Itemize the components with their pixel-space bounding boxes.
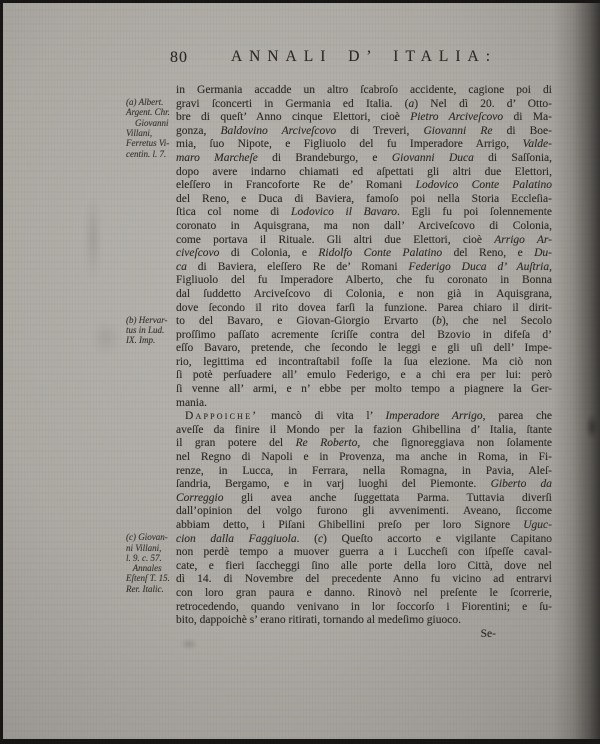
- roman-text: bre di queſt’ Anno cinque Elettori, cioè: [176, 111, 410, 123]
- roman-text: del Reno, e Duca di Baviera, famoſo poi …: [176, 193, 552, 205]
- body-line: gonza, Baldovino Arciveſcovo di Treveri,…: [176, 125, 552, 139]
- body-line: abbiam detto, i Piſani Ghibellini preſo …: [176, 519, 552, 533]
- italic-text: Lodovico Conte Palatino: [416, 179, 552, 191]
- body-line: il gran potere del Re Roberto, che ſigno…: [176, 437, 552, 451]
- italic-text: Pietro Arciveſcovo: [410, 111, 503, 123]
- roman-text: dopo avere indarno chiamati ed aſpettati…: [176, 166, 552, 178]
- body-line: nel Regno di Napoli e in Provenza, ma an…: [176, 451, 552, 465]
- binding-notch: [586, 415, 598, 439]
- roman-text: ), che nel Secolo: [442, 315, 552, 327]
- italic-text: Federigo Duca d’ Auſtria: [409, 261, 550, 273]
- body-line: non perdè tempo a muover guerra a i Lucc…: [176, 546, 552, 560]
- italic-text: Imperadore Arrigo: [385, 410, 482, 422]
- roman-text: di Saſſonia,: [474, 152, 552, 164]
- margin-note-line: (a) Albert.: [126, 97, 178, 107]
- roman-text: rio, legittima ed incontraſtabil foſſe l…: [176, 356, 552, 368]
- italic-text: Giovanni Re: [423, 125, 492, 137]
- roman-text: dove ſecondo il rito dovea farſi la funz…: [176, 302, 552, 314]
- margin-note-line: IX. Imp.: [126, 335, 178, 345]
- roman-text: con loro gran paura e danno. Rinovò nel …: [176, 587, 552, 599]
- body-line: renze, in Lucca, in Ferrara, nella Romag…: [176, 465, 552, 479]
- margin-note-line: Giovanni: [126, 118, 178, 128]
- body-line: maro Marcheſe di Brandeburgo, e Giovanni…: [176, 152, 552, 166]
- body-line: retrocedendo, quando venivano in lor ſoc…: [176, 601, 552, 615]
- italic-text: Uguc-: [523, 519, 552, 531]
- roman-text: retrocedendo, quando venivano in lor ſoc…: [176, 601, 552, 613]
- roman-text: nel Regno di Napoli e in Provenza, ma an…: [176, 451, 552, 463]
- body-line: cion dalla Faggiuola. (c) Queſto accorto…: [176, 533, 552, 547]
- body-line: ſandria, Bergamo, e in varj luoghi del P…: [176, 478, 552, 492]
- italic-text: Ridolfo Conte Palatino: [318, 247, 442, 259]
- paper-stain: [91, 321, 121, 355]
- body-line: mania.: [176, 397, 552, 411]
- roman-text: Figliuolo del fu Imperadore Alberto, che…: [176, 274, 552, 286]
- page-header: 80 ANNALI D’ ITALIA:: [176, 48, 552, 70]
- margin-note-line: (b) Hervar-: [126, 315, 178, 325]
- roman-text: ſtica col nome di: [176, 206, 291, 218]
- roman-text: ) Queſto accorto e vigilante Capitano: [323, 533, 552, 545]
- margin-note-line: ni Villani,: [126, 543, 178, 553]
- body-line: dal ſuddetto Arciveſcovo di Colonia, e n…: [176, 288, 552, 302]
- body-line: to del Bavaro, e Giovan-Giorgio Ervarto …: [176, 315, 552, 329]
- margin-note-line: Argent. Chr.: [126, 107, 178, 117]
- scanned-page: 80 ANNALI D’ ITALIA: (a) Albert.Argent. …: [3, 3, 600, 739]
- body-line: in Germania accadde un altro ſcabroſo ac…: [176, 84, 552, 98]
- italic-text: Lodovico il Bavaro: [291, 206, 397, 218]
- italic-text: Giberto da: [491, 478, 552, 490]
- roman-text: ſandria, Bergamo, e in varj luoghi del P…: [176, 478, 491, 490]
- roman-text: in Germania accadde un altro ſcabroſo ac…: [176, 84, 552, 96]
- roman-text: . (: [297, 533, 318, 545]
- italic-text: maro Marcheſe: [176, 152, 258, 164]
- body-line: dopo avere indarno chiamati ed aſpettati…: [176, 166, 552, 180]
- roman-text: di Boe-: [492, 125, 552, 137]
- roman-text: dal ſuddetto Arciveſcovo di Colonia, e n…: [176, 288, 552, 300]
- margin-note-line: Villani,: [126, 128, 178, 138]
- roman-text: dì 14. di Novembre del precedente Anno f…: [176, 573, 552, 585]
- roman-text: . Egli fu poi ſolennemente: [397, 206, 552, 218]
- margin-note-line: centin. l. 7.: [126, 149, 178, 159]
- roman-text: aveſſe da finire il Mondo per la fazion …: [176, 424, 552, 436]
- roman-text: eſſo Bavaro, pretende, che ſecondo le le…: [176, 342, 552, 354]
- roman-text: abbiam detto, i Piſani Ghibellini preſo …: [176, 519, 523, 531]
- roman-text: del Reno, e: [442, 247, 534, 259]
- italic-text: Giovanni Duca: [392, 152, 474, 164]
- margin-note-line: (c) Giovan-: [126, 532, 178, 542]
- body-line: Dappoiche’ mancò di vita l’ Imperadore A…: [176, 410, 552, 424]
- roman-text: cate, e fieri ſaccheggi ſino alle porte …: [176, 560, 552, 572]
- book-page-photo: { "page": { "number": "80", "running_tit…: [0, 0, 600, 744]
- italic-text: cion dalla Faggiuola: [176, 533, 297, 545]
- roman-text: ſi potè perſuadere all’ emulo Federigo, …: [176, 369, 552, 381]
- roman-text: mania.: [176, 397, 207, 409]
- running-title: ANNALI D’ ITALIA:: [176, 48, 552, 66]
- margin-notes-column: (a) Albert.Argent. Chr. GiovanniVillani,…: [126, 84, 176, 684]
- body-line: aveſſe da finire il Mondo per la fazion …: [176, 424, 552, 438]
- body-line: civeſcovo di Colonia, e Ridolfo Conte Pa…: [176, 247, 552, 261]
- body-line: ca di Baviera, eleſſero Re de’ Romani Fe…: [176, 261, 552, 275]
- body-line: ſi venne all’ armi, e n’ ebbe per molto …: [176, 383, 552, 397]
- roman-text: di Brandeburgo, e: [258, 152, 392, 164]
- margin-note-line: tus in Lud.: [126, 325, 178, 335]
- body-line: bre di queſt’ Anno cinque Elettori, cioè…: [176, 111, 552, 125]
- roman-text: eleſſero in Francoforte Re de’ Romani: [176, 179, 416, 191]
- body-line: Figliuolo del fu Imperadore Alberto, che…: [176, 274, 552, 288]
- body-line: con loro gran paura e danno. Rinovò nel …: [176, 587, 552, 601]
- roman-text: renze, in Lucca, in Ferrara, nella Romag…: [176, 465, 552, 477]
- body-line: coronato in Aquisgrana, ma non dall’ Arc…: [176, 220, 552, 234]
- italic-text: Du-: [534, 247, 552, 259]
- body-line: proſſimo paſſato acremente ſcriſſe contr…: [176, 329, 552, 343]
- margin-note-line: Eſtenſ T. 15.: [126, 573, 178, 583]
- roman-text: non perdè tempo a muover guerra a i Lucc…: [176, 546, 552, 558]
- italic-text: Valde-: [523, 138, 552, 150]
- body-line: eſſo Bavaro, pretende, che ſecondo le le…: [176, 342, 552, 356]
- roman-text: il gran potere del: [176, 437, 296, 449]
- smallcaps-text: Dappoiche’: [185, 410, 258, 422]
- italic-text: Baldovino Arciveſcovo: [220, 125, 336, 137]
- body-line: dì 14. di Novembre del precedente Anno f…: [176, 573, 552, 587]
- margin-note-line: Ferretus Vi-: [126, 138, 178, 148]
- roman-text: dall’opinion del volgo furono gli avveni…: [176, 505, 552, 517]
- body-line: gravi ſconcerti in Germania ed Italia. (…: [176, 98, 552, 112]
- body-line: del Reno, e Duca di Baviera, famoſo poi …: [176, 193, 552, 207]
- body-line: cate, e fieri ſaccheggi ſino alle porte …: [176, 560, 552, 574]
- body-line: dove ſecondo il rito dovea farſi la funz…: [176, 302, 552, 316]
- page-number: 80: [170, 49, 188, 67]
- roman-text: ,: [549, 261, 552, 273]
- body-line: come portava il Rituale. Gli altri due E…: [176, 234, 552, 248]
- body-line: dall’opinion del volgo furono gli avveni…: [176, 505, 552, 519]
- catchword: Se-: [176, 628, 552, 642]
- roman-text: di Baviera, eleſſero Re de’ Romani: [187, 261, 409, 273]
- roman-text: gonza,: [176, 125, 220, 137]
- roman-text: come portava il Rituale. Gli altri due E…: [176, 234, 494, 246]
- roman-text: proſſimo paſſato acremente ſcriſſe contr…: [176, 329, 552, 341]
- roman-text: to del Bavaro, e Giovan-Giorgio Ervarto …: [176, 315, 436, 327]
- body-text: in Germania accadde un altro ſcabroſo ac…: [176, 84, 552, 641]
- roman-text: mancò di vita l’: [258, 410, 385, 422]
- roman-text: di Ma-: [503, 111, 552, 123]
- paper-stain: [85, 195, 101, 281]
- italic-text: Re Roberto: [296, 437, 358, 449]
- roman-text: ) Nel dì 20. d’ Otto-: [414, 98, 552, 110]
- body-line: Correggio gli avea anche ſuggettata Parm…: [176, 492, 552, 506]
- roman-text: , che ſignoreggiava non ſolamente: [357, 437, 552, 449]
- margin-note-line: Rer. Italic.: [126, 584, 178, 594]
- italic-text: civeſcovo: [176, 247, 219, 259]
- italic-text: Correggio: [176, 492, 224, 504]
- italic-text: Arrigo Ar-: [494, 234, 552, 246]
- roman-text: mia, ſuo Nipote, e Figliuolo del fu Impe…: [176, 138, 523, 150]
- body-line: mia, ſuo Nipote, e Figliuolo del fu Impe…: [176, 138, 552, 152]
- roman-text: coronato in Aquisgrana, ma non dall’ Arc…: [176, 220, 552, 232]
- margin-note: (a) Albert.Argent. Chr. GiovanniVillani,…: [126, 97, 178, 159]
- roman-text: di Treveri,: [336, 125, 423, 137]
- roman-text: gli avea anche ſuggettata Parma. Tuttavi…: [224, 492, 553, 504]
- body-line: ſi potè perſuadere all’ emulo Federigo, …: [176, 369, 552, 383]
- body-line: ſtica col nome di Lodovico il Bavaro. Eg…: [176, 206, 552, 220]
- roman-text: bito, dappoichè s’ erano ritirati, torna…: [176, 614, 461, 626]
- roman-text: di Colonia, e: [219, 247, 318, 259]
- italic-text: ca: [176, 261, 187, 273]
- margin-note-line: l. 9. c. 57.: [126, 553, 178, 563]
- margin-note-line: Annales: [126, 563, 178, 573]
- margin-note: (c) Giovan-ni Villani,l. 9. c. 57. Annal…: [126, 532, 178, 594]
- roman-text: gravi ſconcerti in Germania ed Italia. (: [176, 98, 409, 110]
- margin-note: (b) Hervar-tus in Lud.IX. Imp.: [126, 315, 178, 346]
- body-line: rio, legittima ed incontraſtabil foſſe l…: [176, 356, 552, 370]
- roman-text: ſi venne all’ armi, e n’ ebbe per molto …: [176, 383, 552, 395]
- body-line: eleſſero in Francoforte Re de’ Romani Lo…: [176, 179, 552, 193]
- roman-text: , parea che: [483, 410, 552, 422]
- body-line: bito, dappoichè s’ erano ritirati, torna…: [176, 614, 552, 628]
